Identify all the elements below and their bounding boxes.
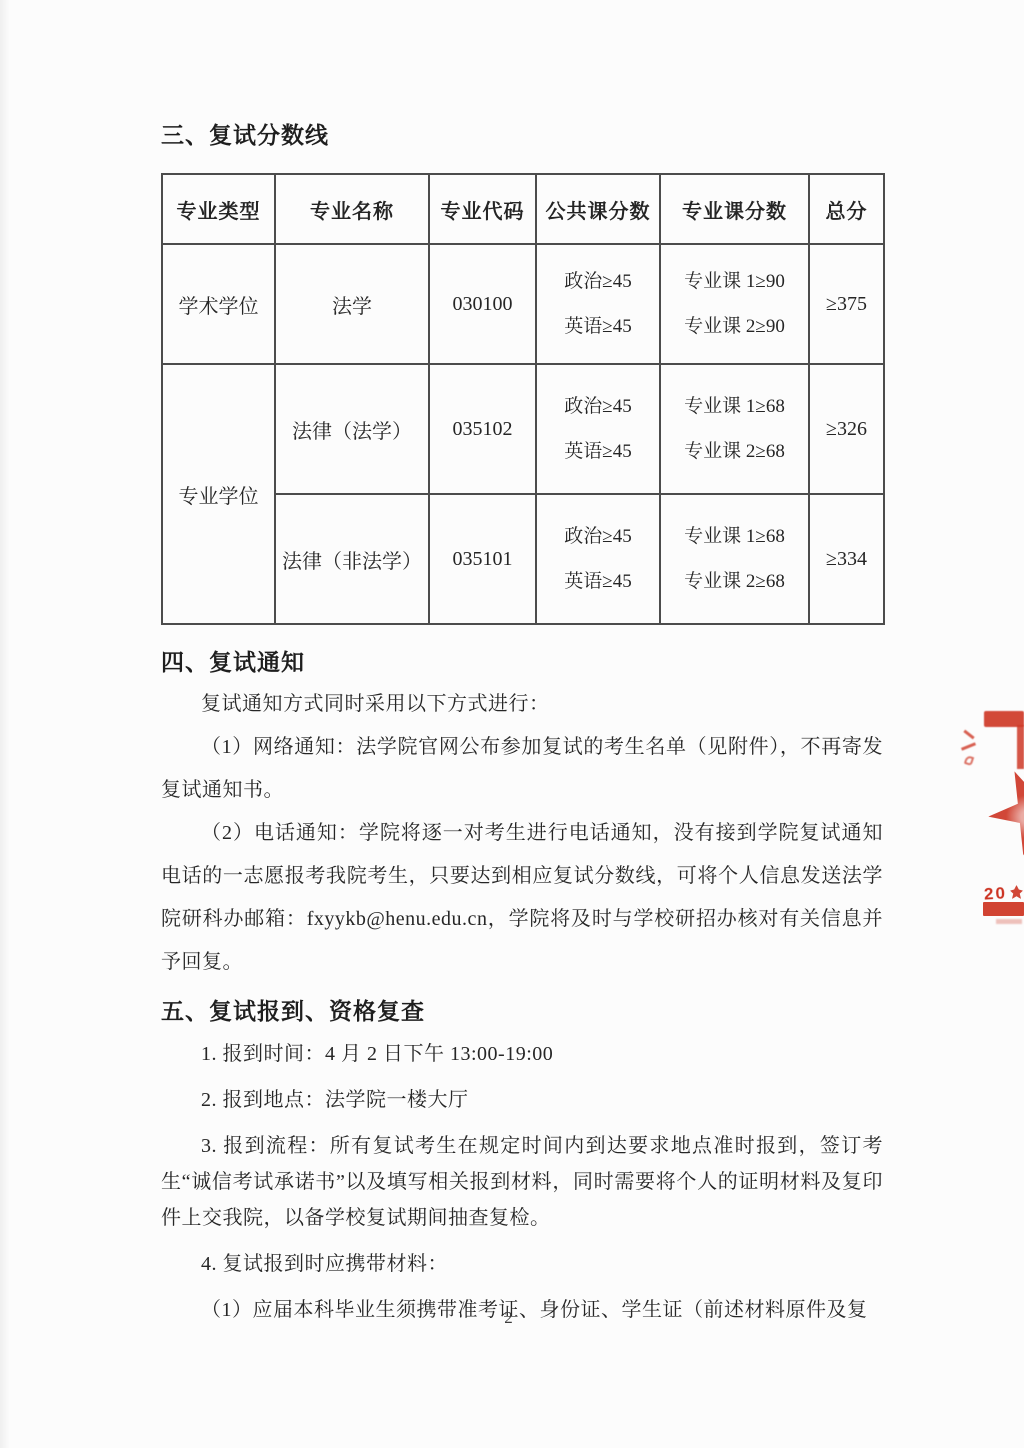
seal-text-fragment-icon	[964, 755, 974, 766]
paragraph: 复试通知方式同时采用以下方式进行：	[161, 683, 883, 726]
cell-major: 法学	[275, 244, 429, 364]
seal-text-fragment-icon	[963, 730, 974, 740]
public-score-line: 政治≥45	[539, 384, 657, 429]
header-total-score: 总分	[809, 174, 884, 244]
public-score-line: 英语≥45	[539, 429, 657, 474]
cell-prof-scores: 专业课 1≥68 专业课 2≥68	[660, 364, 809, 494]
list-item: 4. 复试报到时应携带材料：	[161, 1246, 883, 1282]
section-five-title: 五、复试报到、资格复查	[161, 996, 883, 1026]
public-score-line: 政治≥45	[539, 259, 657, 304]
list-item: 3. 报到流程：所有复试考生在规定时间内到达要求地点准时报到，签订考生“诚信考试…	[161, 1128, 883, 1236]
table-header-row: 专业类型 专业名称 专业代码 公共课分数 专业课分数 总分	[162, 174, 884, 244]
header-prof-score: 专业课分数	[660, 174, 809, 244]
prof-score-line: 专业课 1≥68	[663, 384, 806, 429]
cell-code: 035101	[429, 494, 536, 624]
scanned-document-page: 三、复试分数线 专业类型 专业名称 专业代码 公共课分数 专业课分数 总分 学术…	[0, 0, 1024, 1448]
seal-border-bar-icon	[984, 711, 1024, 727]
prof-score-line: 专业课 1≥68	[663, 514, 806, 559]
header-major-type: 专业类型	[162, 174, 275, 244]
public-score-line: 英语≥45	[539, 559, 657, 604]
cell-code: 030100	[429, 244, 536, 364]
cell-category: 学术学位	[162, 244, 275, 364]
header-public-score: 公共课分数	[536, 174, 660, 244]
paragraph: （2）电话通知：学院将逐一对考生进行电话通知，没有接到学院复试通知电话的一志愿报…	[161, 812, 883, 984]
section-five-body: 1. 报到时间：4 月 2 日下午 13:00-19:00 2. 报到地点：法学…	[161, 1036, 883, 1328]
score-line-table: 专业类型 专业名称 专业代码 公共课分数 专业课分数 总分 学术学位 法学 03…	[161, 173, 885, 625]
public-score-line: 政治≥45	[539, 514, 657, 559]
prof-score-line: 专业课 2≥68	[663, 559, 806, 604]
prof-score-line: 专业课 1≥90	[663, 259, 806, 304]
cell-major: 法律（非法学）	[275, 494, 429, 624]
section-three-title: 三、复试分数线	[161, 120, 883, 150]
seal-star-icon	[984, 764, 1024, 861]
header-major-code: 专业代码	[429, 174, 536, 244]
seal-border-bar-icon	[983, 902, 1024, 916]
public-score-line: 英语≥45	[539, 304, 657, 349]
section-four-title: 四、复试通知	[161, 647, 883, 677]
scan-edge-shadow	[0, 0, 10, 1448]
cell-prof-scores: 专业课 1≥90 专业课 2≥90	[660, 244, 809, 364]
cell-public-scores: 政治≥45 英语≥45	[536, 494, 660, 624]
cell-major: 法律（法学）	[275, 364, 429, 494]
table-row: 学术学位 法学 030100 政治≥45 英语≥45 专业课 1≥90 专业课 …	[162, 244, 884, 364]
header-major-name: 专业名称	[275, 174, 429, 244]
document-content: 三、复试分数线 专业类型 专业名称 专业代码 公共课分数 专业课分数 总分 学术…	[161, 120, 883, 1338]
seal-smudge-icon	[996, 919, 1022, 924]
cell-category-merged: 专业学位	[162, 364, 275, 624]
seal-partial-digit-icon	[1010, 885, 1023, 899]
page-number: 2	[0, 1308, 1018, 1328]
list-item: 1. 报到时间：4 月 2 日下午 13:00-19:00	[161, 1036, 883, 1072]
seal-text-fragment-icon	[961, 742, 976, 750]
prof-score-line: 专业课 2≥90	[663, 304, 806, 349]
paragraph: （1）网络通知：法学院官网公布参加复试的考生名单（见附件），不再寄发复试通知书。	[161, 726, 883, 812]
seal-border-bar-icon	[1017, 725, 1024, 769]
seal-date-digits: 20	[983, 883, 1007, 904]
section-four-body: 复试通知方式同时采用以下方式进行： （1）网络通知：法学院官网公布参加复试的考生…	[161, 683, 883, 984]
prof-score-line: 专业课 2≥68	[663, 429, 806, 474]
cell-code: 035102	[429, 364, 536, 494]
cell-total: ≥375	[809, 244, 884, 364]
list-item: 2. 报到地点：法学院一楼大厅	[161, 1082, 883, 1118]
cell-total: ≥326	[809, 364, 884, 494]
cell-total: ≥334	[809, 494, 884, 624]
cell-prof-scores: 专业课 1≥68 专业课 2≥68	[660, 494, 809, 624]
cell-public-scores: 政治≥45 英语≥45	[536, 244, 660, 364]
table-row: 专业学位 法律（法学） 035102 政治≥45 英语≥45 专业课 1≥68 …	[162, 364, 884, 494]
cell-public-scores: 政治≥45 英语≥45	[536, 364, 660, 494]
